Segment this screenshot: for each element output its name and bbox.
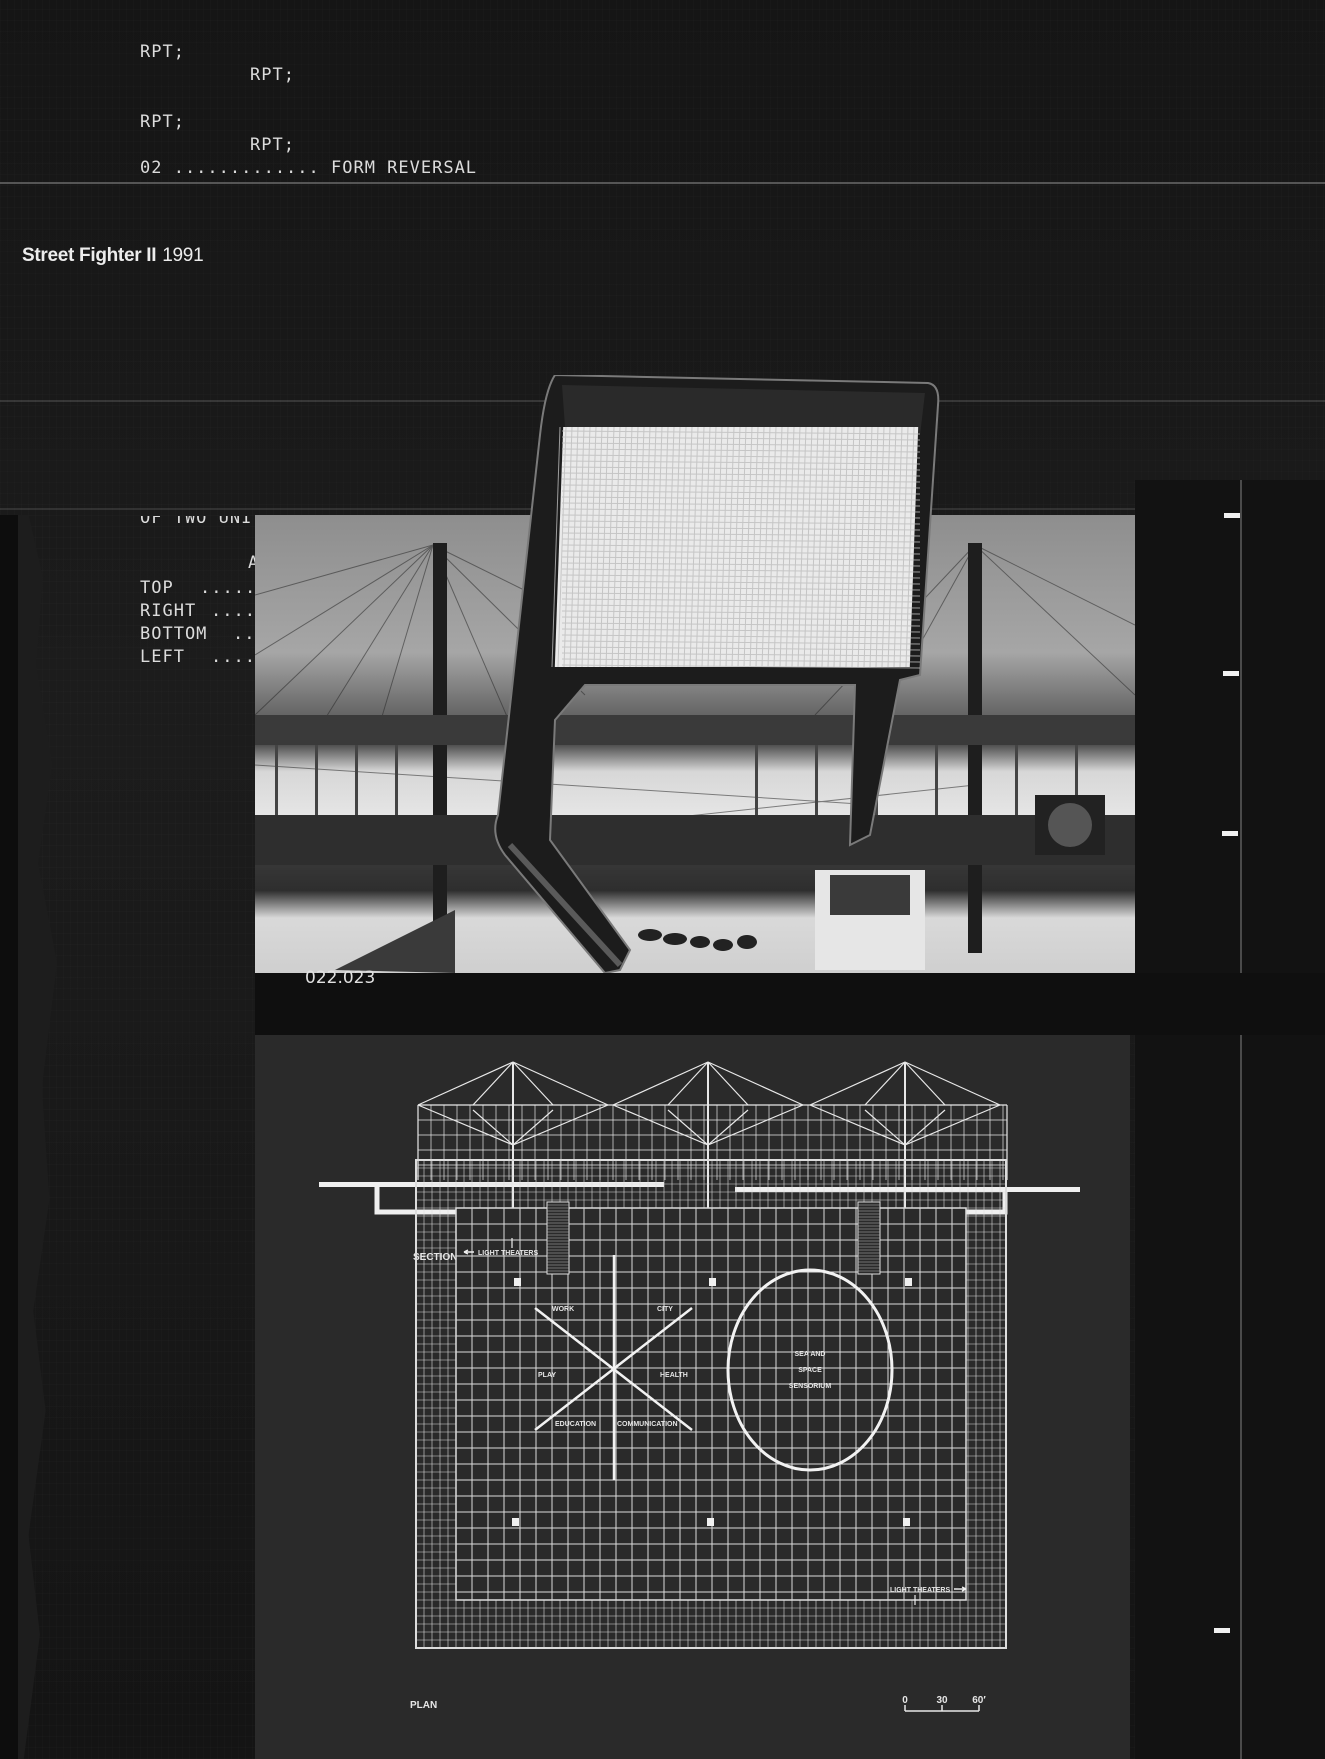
caption-strip: [255, 973, 1325, 1035]
title-year: 1991: [162, 245, 203, 266]
hexagram-label-city: CITY: [657, 1306, 673, 1313]
mast: [433, 543, 447, 953]
sensorium-label-line: SPACE: [798, 1367, 822, 1374]
scale-tick-label: 0: [902, 1695, 908, 1706]
side-item-left: LEFT: [140, 647, 185, 667]
code-line: RPT;: [140, 42, 185, 62]
section-label: SECTION: [413, 1252, 457, 1263]
photo-caption: 022.023: [305, 968, 375, 988]
vertical-rule: [1240, 480, 1242, 1759]
dot-leader: ....: [211, 601, 256, 621]
hexagram-label-play: PLAY: [538, 1372, 556, 1379]
dot-leader: ....: [211, 647, 256, 667]
title-name: Street Fighter II: [22, 245, 156, 266]
plan-grid: [416, 1160, 1006, 1648]
light-theaters-top-label: LIGHT THEATERS: [478, 1250, 538, 1257]
side-item-top: TOP: [140, 578, 174, 598]
tick-mark: [1214, 1628, 1230, 1633]
dot-leader: ..: [233, 624, 255, 644]
side-item-right: RIGHT: [140, 601, 196, 621]
side-item-bottom: BOTTOM: [140, 624, 207, 644]
scale-bar: 03060′: [902, 1695, 986, 1711]
architectural-drawing: SECTION WORKCITYPLAYHEALTHEDUCATIONCOMMU…: [255, 1035, 1130, 1759]
hexagram-label-health: HEALTH: [660, 1372, 688, 1379]
scale-tick-label: 60′: [972, 1695, 986, 1706]
scale-tick-label: 30: [936, 1695, 948, 1706]
chair-cutout: [470, 375, 940, 975]
hexagram-label-communication: COMMUNICATION: [617, 1421, 678, 1428]
code-line: RPT;: [250, 65, 295, 85]
light-theaters-bottom-label: LIGHT THEATERS: [890, 1587, 950, 1594]
dot-leader: .....: [200, 578, 256, 598]
mast: [968, 543, 982, 953]
horizontal-rule: [0, 182, 1325, 184]
tick-mark: [1224, 513, 1240, 518]
tick-mark: [1223, 671, 1239, 676]
hexagram-label-work: WORK: [552, 1306, 574, 1313]
sensorium-label-line: SEA AND: [795, 1351, 826, 1358]
plan-label: PLAN: [410, 1700, 437, 1711]
code-line: RPT;: [250, 135, 295, 155]
code-line: 02 ............. FORM REVERSAL: [140, 158, 477, 178]
code-line: RPT;: [140, 112, 185, 132]
sensorium-label-line: SENSORIUM: [789, 1383, 832, 1390]
hexagram-label-education: EDUCATION: [555, 1421, 596, 1428]
page-title: Street Fighter II1991: [22, 245, 203, 267]
tick-mark: [1222, 831, 1238, 836]
